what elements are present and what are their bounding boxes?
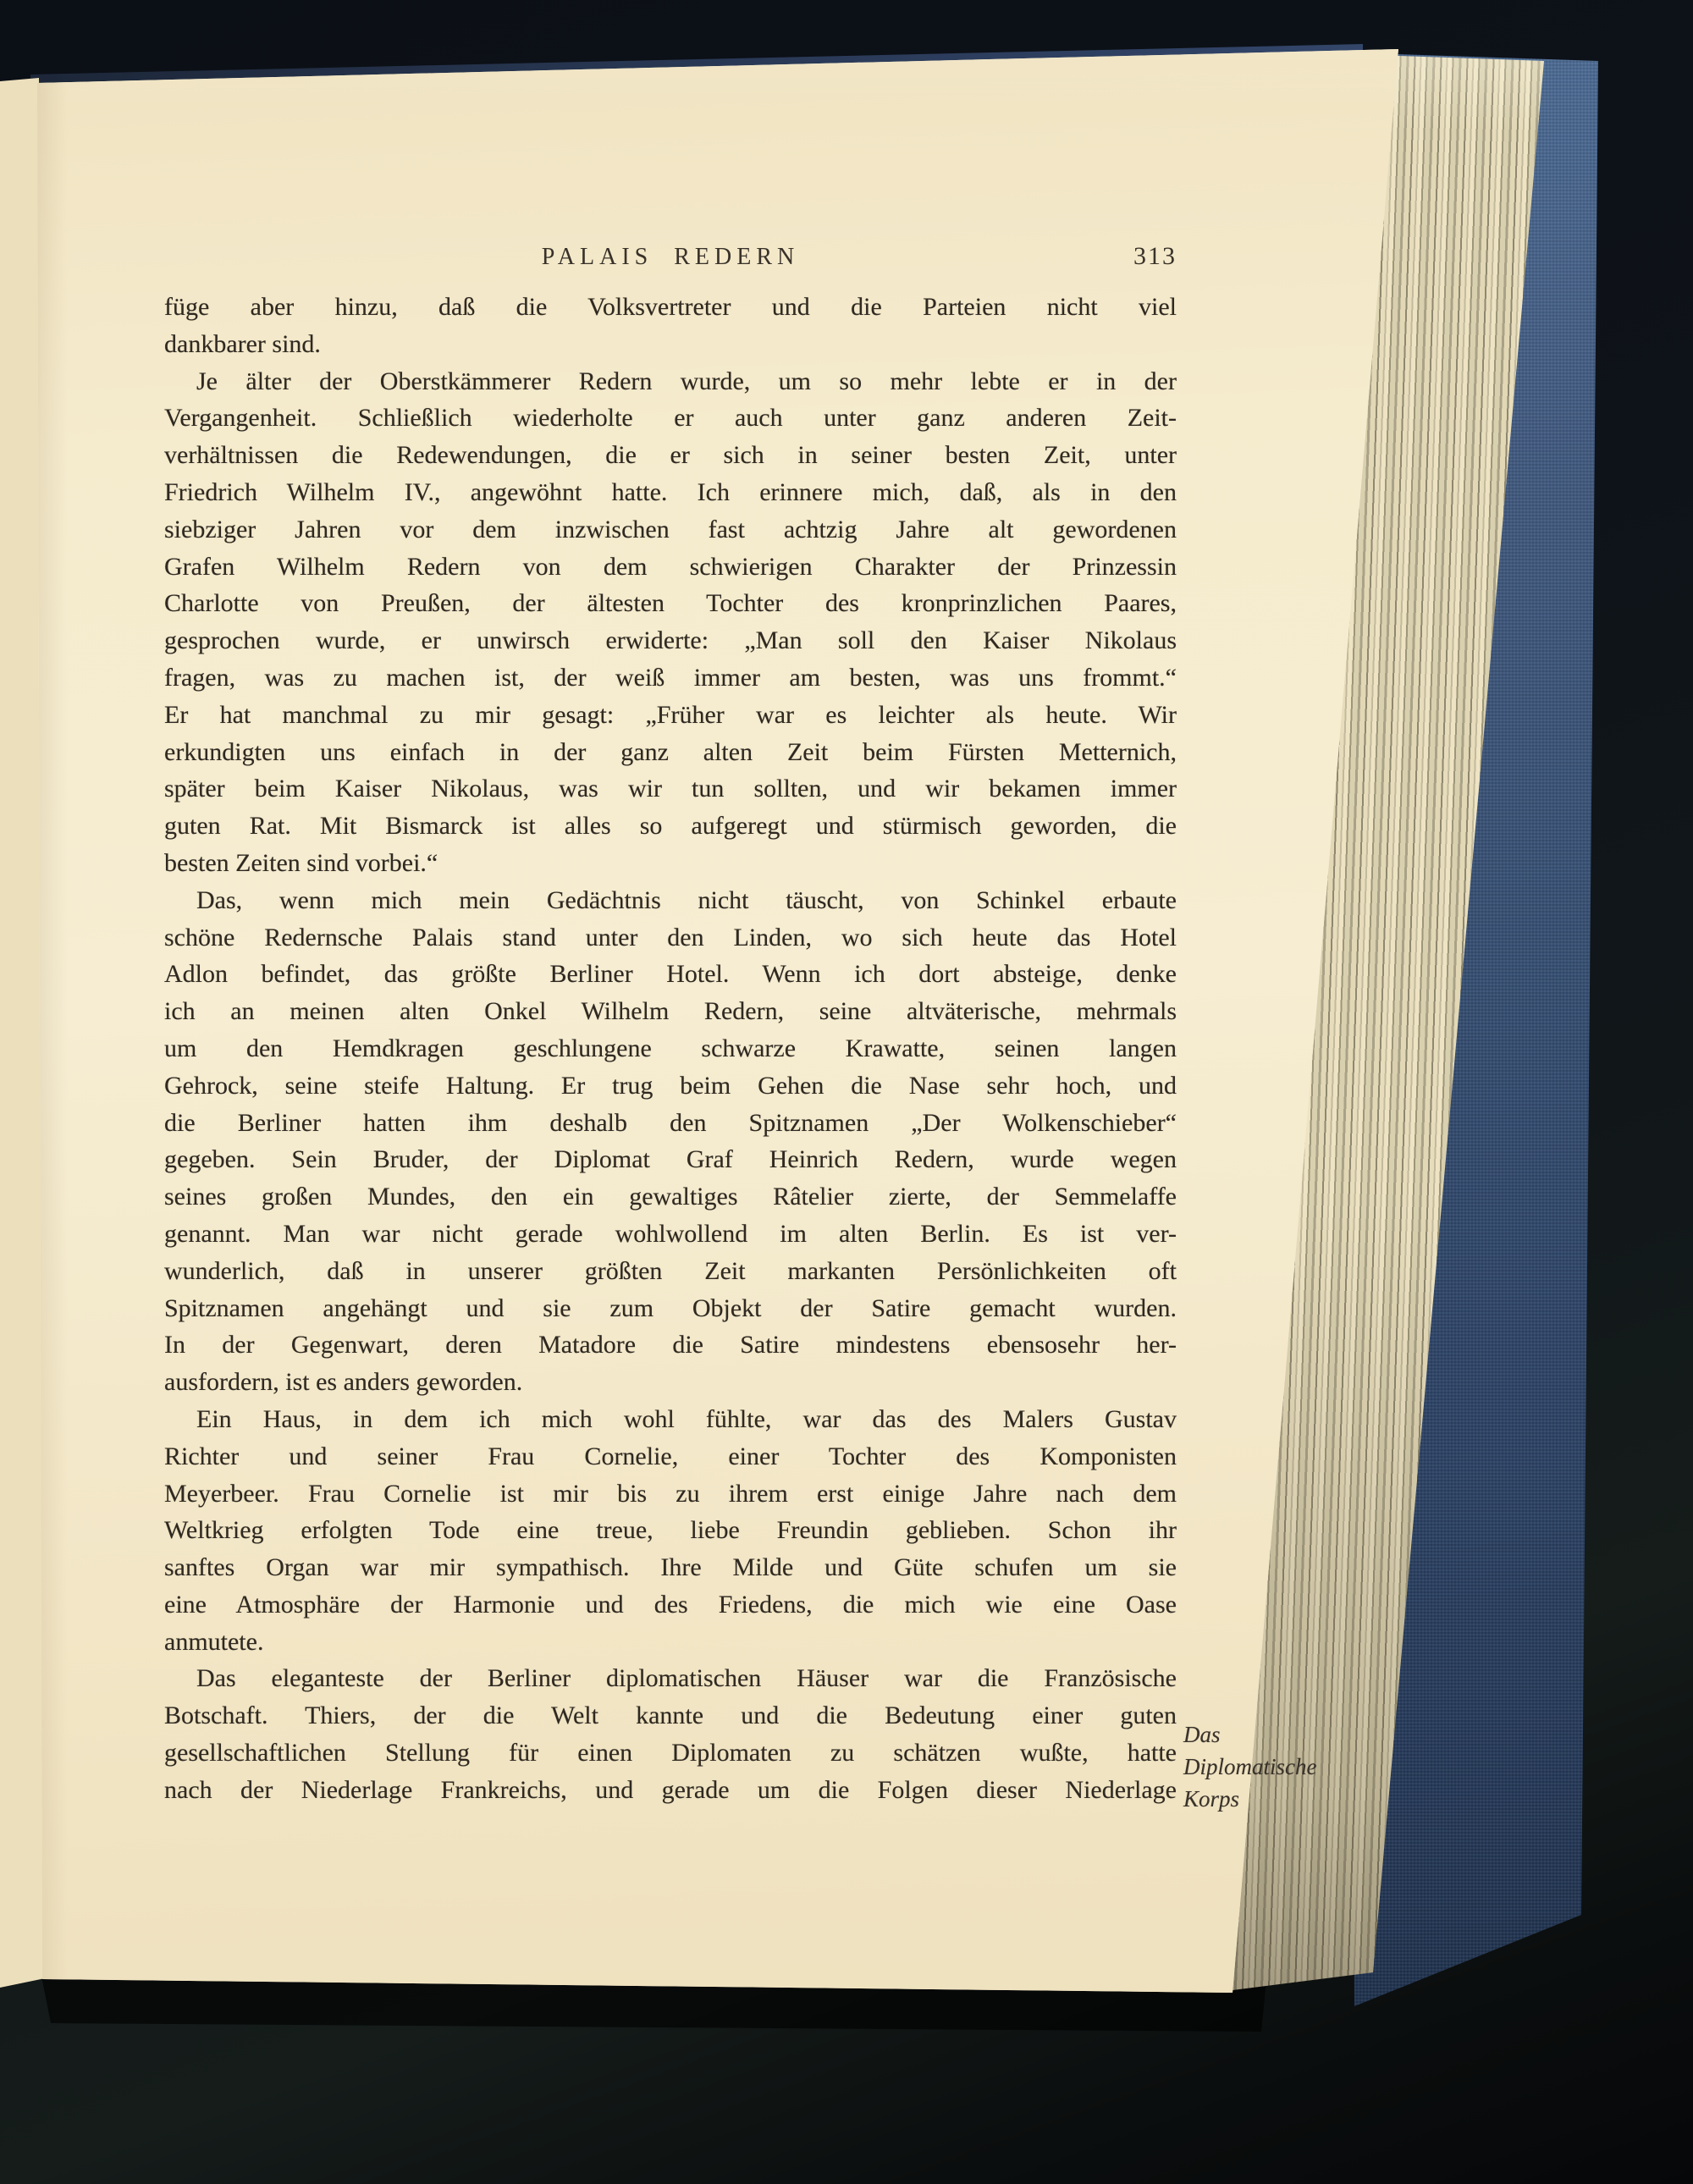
- text-line: Botschaft. Thiers, der die Welt kannte u…: [164, 1697, 1177, 1735]
- scanned-book-photo: PALAIS REDERN 313 füge aber hinzu, daß d…: [0, 0, 1693, 2184]
- text-line: fragen, was zu machen ist, der weiß imme…: [164, 659, 1177, 697]
- text-line: Spitznamen angehängt und sie zum Objekt …: [164, 1290, 1177, 1327]
- text-line: Das eleganteste der Berliner diplomatisc…: [164, 1660, 1177, 1697]
- text-line: Adlon befindet, das größte Berliner Hote…: [164, 956, 1177, 993]
- text-line: guten Rat. Mit Bismarck ist alles so auf…: [164, 808, 1177, 845]
- running-header: PALAIS REDERN 313: [164, 244, 1177, 278]
- text-line: füge aber hinzu, daß die Volksvertreter …: [164, 289, 1177, 326]
- text-line: sanftes Organ war mir sympathisch. Ihre …: [164, 1549, 1177, 1586]
- text-line: Grafen Wilhelm Redern von dem schwierige…: [164, 549, 1177, 586]
- text-line: dankbarer sind.: [164, 326, 1177, 363]
- text-line: Er hat manchmal zu mir gesagt: „Früher w…: [164, 697, 1177, 734]
- text-line: Vergangenheit. Schließlich wiederholte e…: [164, 400, 1177, 437]
- text-line: ausfordern, ist es anders geworden.: [164, 1364, 1177, 1401]
- text-line: siebziger Jahren vor dem inzwischen fast…: [164, 511, 1177, 549]
- text-line: später beim Kaiser Nikolaus, was wir tun…: [164, 770, 1177, 808]
- text-block: füge aber hinzu, daß die Volksvertreter …: [164, 289, 1177, 1809]
- text-line: anmutete.: [164, 1624, 1177, 1661]
- page-content: PALAIS REDERN 313 füge aber hinzu, daß d…: [37, 49, 1398, 1993]
- text-line: ich an meinen alten Onkel Wilhelm Redern…: [164, 993, 1177, 1030]
- text-line: um den Hemdkragen geschlungene schwarze …: [164, 1030, 1177, 1067]
- text-line: wunderlich, daß in unserer größten Zeit …: [164, 1253, 1177, 1290]
- paragraph: Ein Haus, in dem ich mich wohl fühlte, w…: [164, 1401, 1177, 1661]
- text-line: Charlotte von Preußen, der ältesten Toch…: [164, 585, 1177, 622]
- text-line: erkundigten uns einfach in der ganz alte…: [164, 734, 1177, 771]
- text-line: eine Atmosphäre der Harmonie und des Fri…: [164, 1586, 1177, 1624]
- text-line: Weltkrieg erfolgten Tode eine treue, lie…: [164, 1512, 1177, 1549]
- text-line: genannt. Man war nicht gerade wohlwollen…: [164, 1216, 1177, 1253]
- text-line: Friedrich Wilhelm IV., angewöhnt hatte. …: [164, 474, 1177, 511]
- text-line: Je älter der Oberstkämmerer Redern wurde…: [164, 363, 1177, 400]
- text-line: Ein Haus, in dem ich mich wohl fühlte, w…: [164, 1401, 1177, 1438]
- text-line: Richter und seiner Frau Cornelie, einer …: [164, 1438, 1177, 1475]
- text-line: gegeben. Sein Bruder, der Diplomat Graf …: [164, 1141, 1177, 1178]
- text-line: Gehrock, seine steife Haltung. Er trug b…: [164, 1067, 1177, 1105]
- paragraph: Das, wenn mich mein Gedächtnis nicht täu…: [164, 882, 1177, 1401]
- margin-note-line: Diplomatische: [1183, 1751, 1395, 1783]
- text-line: gesellschaftlichen Stellung für einen Di…: [164, 1735, 1177, 1772]
- text-line: Das, wenn mich mein Gedächtnis nicht täu…: [164, 882, 1177, 919]
- paragraph: Je älter der Oberstkämmerer Redern wurde…: [164, 363, 1177, 882]
- page-number: 313: [1133, 242, 1177, 271]
- text-line: die Berliner hatten ihm deshalb den Spit…: [164, 1105, 1177, 1142]
- paragraph: füge aber hinzu, daß die Volksvertreter …: [164, 289, 1177, 363]
- text-line: schöne Redernsche Palais stand unter den…: [164, 919, 1177, 957]
- text-line: besten Zeiten sind vorbei.“: [164, 845, 1177, 882]
- text-line: verhältnissen die Redewendungen, die er …: [164, 437, 1177, 474]
- text-line: nach der Niederlage Frankreichs, und ger…: [164, 1772, 1177, 1809]
- text-line: seines großen Mundes, den ein gewaltiges…: [164, 1178, 1177, 1216]
- text-line: Meyerbeer. Frau Cornelie ist mir bis zu …: [164, 1475, 1177, 1513]
- text-line: In der Gegenwart, deren Matadore die Sat…: [164, 1326, 1177, 1364]
- margin-note: Das Diplomatische Korps: [1183, 1718, 1395, 1815]
- margin-note-line: Korps: [1183, 1783, 1395, 1815]
- page-title: PALAIS REDERN: [164, 244, 1177, 271]
- margin-note-line: Das: [1183, 1718, 1395, 1751]
- text-line: gesprochen wurde, er unwirsch erwiderte:…: [164, 622, 1177, 659]
- paragraph: Das eleganteste der Berliner diplomatisc…: [164, 1660, 1177, 1808]
